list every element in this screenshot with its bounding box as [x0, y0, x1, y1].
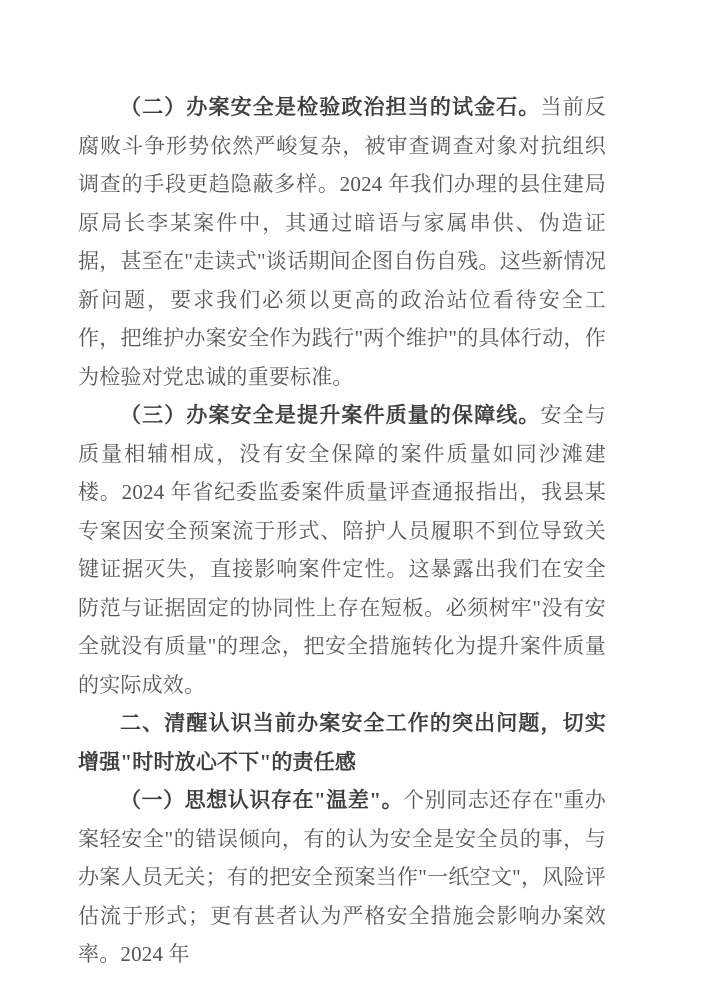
- section-heading: 二、清醒认识当前办案安全工作的突出问题，切实增强"时时放心不下"的责任感: [78, 704, 606, 781]
- paragraph-text: 个别同志还存在"重办案轻安全"的错误倾向，有的认为安全是安全员的事，与办案人员无…: [78, 788, 606, 966]
- paragraph-text: 当前反腐败斗争形势依然严峻复杂，被审查调查对象对抗组织调查的手段更趋隐蔽多样。2…: [78, 95, 606, 389]
- paragraph: （一）思想认识存在"温差"。个别同志还存在"重办案轻安全"的错误倾向，有的认为安…: [78, 781, 606, 974]
- document-page: （二）办案安全是检验政治担当的试金石。当前反腐败斗争形势依然严峻复杂，被审查调查…: [0, 0, 711, 1006]
- document-body: （二）办案安全是检验政治担当的试金石。当前反腐败斗争形势依然严峻复杂，被审查调查…: [78, 88, 606, 974]
- paragraph: （三）办案安全是提升案件质量的保障线。安全与质量相辅相成，没有安全保障的案件质量…: [78, 396, 606, 704]
- paragraph-lead: （一）思想认识存在"温差"。: [120, 788, 403, 812]
- paragraph-lead: （二）办案安全是检验政治担当的试金石。: [120, 95, 541, 119]
- paragraph-lead: （三）办案安全是提升案件质量的保障线。: [120, 403, 541, 427]
- paragraph-lead: 二、清醒认识当前办案安全工作的突出问题，切实增强"时时放心不下"的责任感: [78, 711, 606, 774]
- paragraph: （二）办案安全是检验政治担当的试金石。当前反腐败斗争形势依然严峻复杂，被审查调查…: [78, 88, 606, 396]
- paragraph-text: 安全与质量相辅相成，没有安全保障的案件质量如同沙滩建楼。2024 年省纪委监委案…: [78, 403, 606, 697]
